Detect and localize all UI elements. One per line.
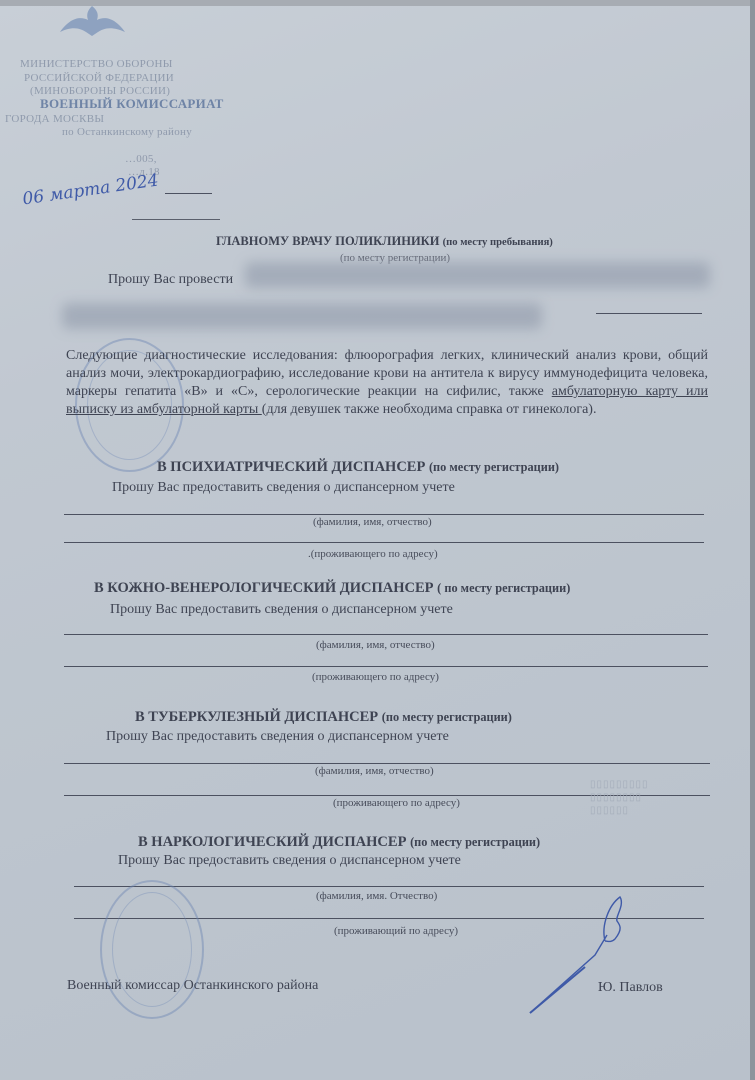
letterhead-line: МИНИСТЕРСТВО ОБОРОНЫ	[20, 58, 173, 70]
letterhead-line: …005,	[125, 153, 157, 165]
signatory-title: Военный комиссар Останкинского района	[67, 978, 318, 994]
signatory-name: Ю. Павлов	[598, 980, 663, 996]
name-line	[64, 763, 710, 764]
section-request: Прошу Вас предоставить сведения о диспан…	[112, 480, 455, 496]
request-underline	[596, 313, 702, 314]
redacted-name	[245, 262, 710, 288]
name-caption: (фамилия, имя, отчество)	[315, 765, 434, 777]
address-caption: (проживающего по адресу)	[312, 671, 439, 683]
section-request: Прошу Вас предоставить сведения о диспан…	[110, 602, 453, 618]
name-caption: (фамилия, имя, отчество)	[313, 516, 432, 528]
section-paren: (по месту регистрации)	[429, 460, 559, 474]
addressee-title: ГЛАВНОМУ ВРАЧУ ПОЛИКЛИНИКИ	[216, 234, 439, 248]
section-paren: (по месту регистрации)	[410, 835, 540, 849]
redacted-address	[62, 303, 542, 329]
section-title: В ТУБЕРКУЛЕЗНЫЙ ДИСПАНСЕР	[135, 709, 378, 725]
diagnostics-paragraph: Следующие диагностические исследования: …	[66, 347, 708, 419]
section-paren: (по месту регистрации)	[382, 710, 512, 724]
eagle-emblem-icon	[50, 2, 135, 42]
addressee-paren: (по месту пребывания)	[443, 237, 553, 248]
name-caption: (фамилия, имя. Отчество)	[316, 890, 437, 902]
letterhead-line: ГОРОДА МОСКВЫ	[5, 113, 104, 125]
section-narcological-heading: В НАРКОЛОГИЧЕСКИЙ ДИСПАНСЕР (по месту ре…	[138, 834, 540, 851]
diagnostics-note: (для девушек также необходима справка от…	[262, 402, 597, 417]
request-intro: Прошу Вас провести	[108, 272, 233, 288]
address-caption: .(проживающего по адресу)	[308, 548, 438, 560]
address-caption: (проживающего по адресу)	[333, 797, 460, 809]
letterhead-line: ВОЕННЫЙ КОМИССАРИАТ	[40, 96, 224, 112]
section-tuberculosis-heading: В ТУБЕРКУЛЕЗНЫЙ ДИСПАНСЕР (по месту реги…	[135, 709, 512, 726]
bleed-through-stamp: ▯▯▯▯▯▯▯▯▯▯▯▯▯▯▯▯▯▯▯▯▯▯▯	[590, 778, 649, 817]
letterhead-line: РОССИЙСКОЙ ФЕДЕРАЦИИ	[24, 72, 174, 84]
handwritten-signature	[525, 895, 655, 1015]
section-paren: ( по месту регистрации)	[437, 581, 570, 595]
section-request: Прошу Вас предоставить сведения о диспан…	[118, 853, 461, 869]
addressee-heading: ГЛАВНОМУ ВРАЧУ ПОЛИКЛИНИКИ (по месту пре…	[216, 234, 553, 249]
address-line	[64, 542, 704, 543]
section-psychiatric-heading: В ПСИХИАТРИЧЕСКИЙ ДИСПАНСЕР (по месту ре…	[157, 459, 559, 476]
address-line	[64, 666, 708, 667]
name-line	[64, 634, 708, 635]
section-request: Прошу Вас предоставить сведения о диспан…	[106, 729, 449, 745]
section-dermatovenereologic-heading: В КОЖНО-ВЕНЕРОЛОГИЧЕСКИЙ ДИСПАНСЕР ( по …	[94, 580, 570, 597]
address-caption: (проживающий по адресу)	[334, 925, 458, 937]
date-underline	[165, 193, 212, 194]
name-caption: (фамилия, имя, отчество)	[316, 639, 435, 651]
section-title: В КОЖНО-ВЕНЕРОЛОГИЧЕСКИЙ ДИСПАНСЕР	[94, 580, 434, 596]
section-title: В ПСИХИАТРИЧЕСКИЙ ДИСПАНСЕР	[157, 459, 425, 475]
official-round-stamp	[100, 880, 204, 1019]
section-title: В НАРКОЛОГИЧЕСКИЙ ДИСПАНСЕР	[138, 834, 406, 850]
letterhead-line: по Останкинскому району	[62, 126, 192, 138]
name-line	[64, 514, 704, 515]
photo-right-edge	[750, 0, 755, 1080]
ref-number-line	[132, 219, 220, 220]
